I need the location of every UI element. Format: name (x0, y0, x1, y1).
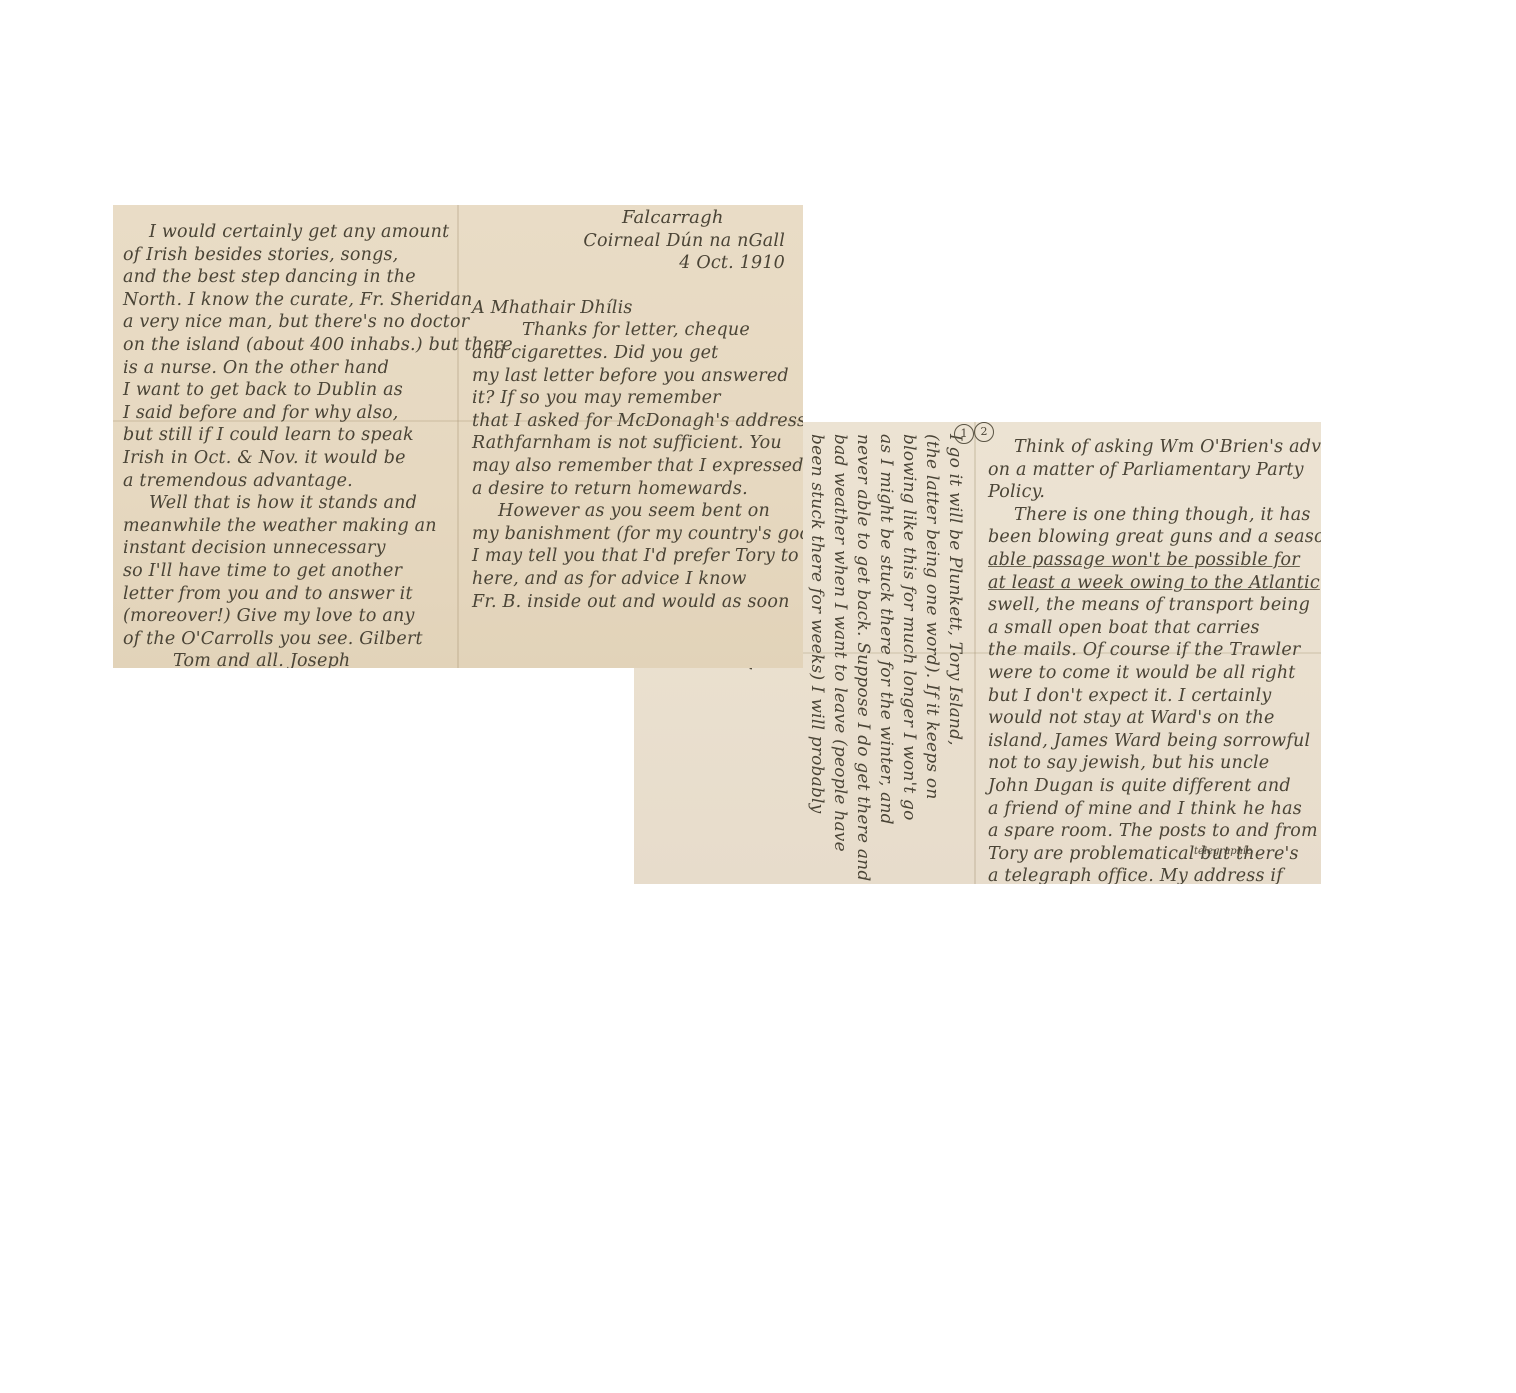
text-line: and cigarettes. Did you get (472, 342, 799, 365)
text-line: not to say jewish, but his uncle (988, 752, 1317, 775)
letter-heading: Falcarragh Coirneal Dún na nGall 4 Oct. … (472, 207, 799, 275)
text-line: a telegraph office. My address if (988, 865, 1317, 884)
heading-place: Falcarragh (472, 207, 799, 230)
text-line: on the island (about 400 inhabs.) but th… (123, 334, 454, 357)
salutation: A Mhathair Dhílis (472, 297, 799, 320)
text-line: John Dugan is quite different and (988, 775, 1317, 798)
signature-line: Tom and all. Joseph (123, 650, 454, 668)
text-line: that I asked for McDonagh's address. (472, 410, 799, 433)
text-line: letter from you and to answer it (123, 583, 454, 606)
text-line: I go it will be Plunkett, Tory Island, (943, 434, 966, 876)
text-line: it? If so you may remember (472, 387, 799, 410)
text-line: would not stay at Ward's on the (988, 707, 1317, 730)
text-line: and the best step dancing in the (123, 266, 454, 289)
text-line: were to come it would be all right (988, 662, 1317, 685)
text-line: I would certainly get any amount (123, 221, 454, 244)
text-line: never able to get back. Suppose I do get… (851, 434, 874, 876)
text-line: However as you seem bent on (472, 500, 799, 523)
text-line: There is one thing though, it has (988, 504, 1317, 527)
text-line-underlined: able passage won't be possible for (988, 549, 1317, 572)
heading-date: 4 Oct. 1910 (472, 252, 799, 275)
letter-sheet-1: I would certainly get any amount of Iris… (113, 205, 803, 668)
text-line: Rathfarnham is not sufficient. You (472, 432, 799, 455)
page-number-circle: 2 (974, 422, 994, 442)
text-line: (moreover!) Give my love to any (123, 605, 454, 628)
letter-2-right-page: 1 2 Think of asking Wm O'Brien's advice … (976, 422, 1321, 884)
text-line: Fr. B. inside out and would as soon (472, 591, 799, 614)
text-line: swell, the means of transport being (988, 594, 1317, 617)
text-line: been blowing great guns and a season- (988, 526, 1317, 549)
text-line-underlined: at least a week owing to the Atlantic (988, 572, 1317, 595)
text-line: as I might be stuck there for the winter… (874, 434, 897, 876)
text-line: a small open boat that carries (988, 617, 1317, 640)
text-line: Thanks for letter, cheque (472, 319, 799, 342)
text-line: my last letter before you answered (472, 365, 799, 388)
text-line: blowing like this for much longer I won'… (897, 434, 920, 876)
text-line: a very nice man, but there's no doctor (123, 311, 454, 334)
text-line: been stuck there for weeks) I will proba… (805, 434, 828, 876)
text-line: instant decision unnecessary (123, 537, 454, 560)
text-line: on a matter of Parliamentary Party (988, 459, 1317, 482)
text-line: bad weather when I want to leave (people… (828, 434, 851, 876)
text-line: a desire to return homewards. (472, 478, 799, 501)
text-line: but I don't expect it. I certainly (988, 685, 1317, 708)
letter-1-left-page: I would certainly get any amount of Iris… (113, 205, 458, 668)
text-line: is a nurse. On the other hand (123, 357, 454, 380)
text-line: North. I know the curate, Fr. Sheridan (123, 289, 454, 312)
text-line: island, James Ward being sorrowful (988, 730, 1317, 753)
text-line: Tory are problematical but there's (988, 843, 1317, 866)
text-line: of Irish besides stories, songs, (123, 244, 454, 267)
text-line: here, and as for advice I know (472, 568, 799, 591)
text-line: (the latter being one word). If it keeps… (920, 434, 943, 876)
text-line: so I'll have time to get another (123, 560, 454, 583)
text-line: I said before and for why also, (123, 402, 454, 425)
letter-1-right-page: Falcarragh Coirneal Dún na nGall 4 Oct. … (458, 205, 803, 668)
text-line: but still if I could learn to speak (123, 424, 454, 447)
text-line: I may tell you that I'd prefer Tory to (472, 545, 799, 568)
text-line: a friend of mine and I think he has (988, 798, 1317, 821)
text-line: may also remember that I expressed (472, 455, 799, 478)
page-number-circle: 1 (954, 424, 974, 444)
text-line: a spare room. The posts to and from (988, 820, 1317, 843)
text-line: my banishment (for my country's good?) (472, 523, 799, 546)
text-line: a tremendous advantage. (123, 470, 454, 493)
text-line: Policy. (988, 481, 1317, 504)
text-line: I want to get back to Dublin as (123, 379, 454, 402)
text-line: Think of asking Wm O'Brien's advice (988, 436, 1317, 459)
superscript-note: telegraphic (1194, 846, 1252, 857)
text-line: of the O'Carrolls you see. Gilbert (123, 628, 454, 651)
text-line: the mails. Of course if the Trawler (988, 639, 1317, 662)
text-line: meanwhile the weather making an (123, 515, 454, 538)
text-line: Irish in Oct. & Nov. it would be (123, 447, 454, 470)
text-line: Well that is how it stands and (123, 492, 454, 515)
heading-address: Coirneal Dún na nGall (472, 230, 799, 253)
